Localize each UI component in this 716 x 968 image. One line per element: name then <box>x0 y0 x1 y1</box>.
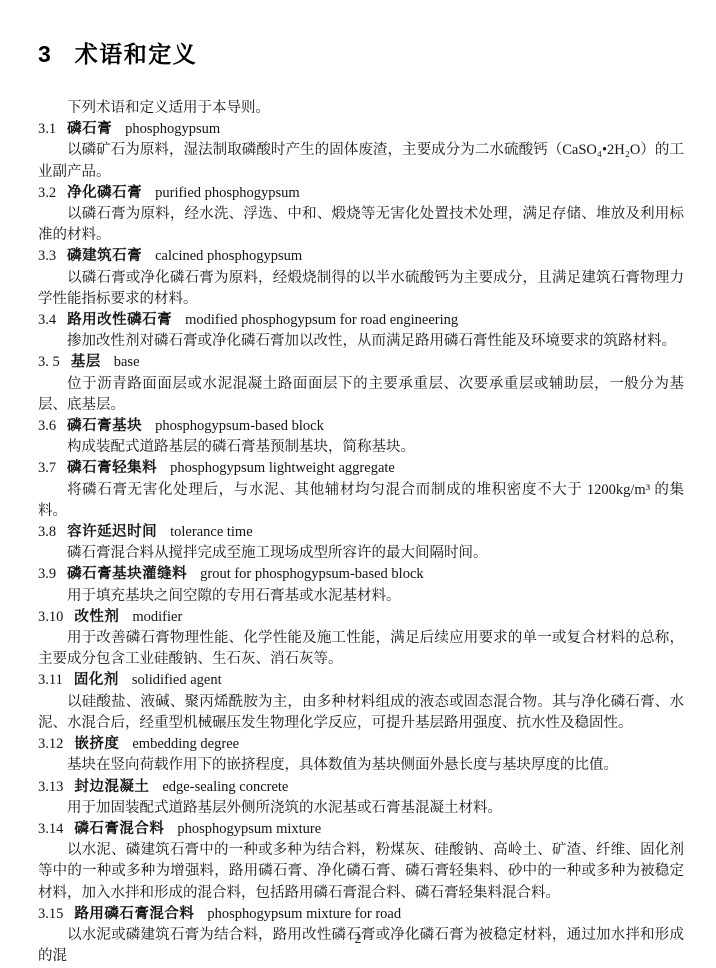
term-name-en: embedding degree <box>132 736 239 752</box>
term-number: 3.14 <box>38 821 63 837</box>
term-entry: 3.8容许延迟时间tolerance time 磷石膏混合料从搅拌完成至施工现场… <box>38 522 684 564</box>
term-name-zh: 磷石膏基块灌缝料 <box>67 566 187 582</box>
term-number: 3.12 <box>38 736 63 752</box>
term-number: 3.8 <box>38 524 56 540</box>
section-title: 3术语和定义 <box>38 40 684 68</box>
term-entry: 3.3磷建筑石膏calcined phosphogypsum 以磷石膏或净化磷石… <box>38 246 684 310</box>
term-definition: 以磷石膏或净化磷石膏为原料，经煅烧制得的以半水硫酸钙为主要成分，且满足建筑石膏物… <box>38 268 684 310</box>
term-name-en: tolerance time <box>170 524 253 540</box>
term-entry: 3.10改性剂modifier 用于改善磷石膏物理性能、化学性能及施工性能，满足… <box>38 607 684 671</box>
term-number: 3.4 <box>38 312 56 328</box>
term-entry: 3.9磷石膏基块灌缝料grout for phosphogypsum-based… <box>38 564 684 606</box>
term-heading: 3.10改性剂modifier <box>38 607 684 628</box>
term-number: 3.6 <box>38 418 56 434</box>
term-name-en: purified phosphogypsum <box>155 185 300 201</box>
intro-paragraph: 下列术语和定义适用于本导则。 <box>38 98 684 119</box>
term-heading: 3.8容许延迟时间tolerance time <box>38 522 684 543</box>
term-definition: 以硅酸盐、液碱、聚丙烯酰胺为主，由多种材料组成的液态或固态混合物。其与净化磷石膏… <box>38 692 684 734</box>
section-title-text: 术语和定义 <box>75 41 198 67</box>
term-heading: 3.2净化磷石膏purified phosphogypsum <box>38 183 684 204</box>
term-entry: 3.7磷石膏轻集料phosphogypsum lightweight aggre… <box>38 458 684 522</box>
term-name-en: grout for phosphogypsum-based block <box>200 566 424 582</box>
term-name-zh: 封边混凝土 <box>74 779 149 795</box>
term-number: 3.13 <box>38 779 63 795</box>
term-number: 3.11 <box>38 672 63 688</box>
term-name-en: edge-sealing concrete <box>162 779 288 795</box>
term-entry: 3.14磷石膏混合料phosphogypsum mixture 以水泥、磷建筑石… <box>38 819 684 904</box>
term-heading: 3.1磷石膏phosphogypsum <box>38 119 684 140</box>
term-definition: 以磷矿石为原料，湿法制取磷酸时产生的固体废渣，主要成分为二水硫酸钙（CaSO₄•… <box>38 140 684 182</box>
term-name-en: phosphogypsum lightweight aggregate <box>170 460 395 476</box>
term-entry: 3.2净化磷石膏purified phosphogypsum 以磷石膏为原料，经… <box>38 183 684 247</box>
term-number: 3.9 <box>38 566 56 582</box>
term-definition: 将磷石膏无害化处理后，与水泥、其他辅材均匀混合而制成的堆积密度不大于 1200k… <box>38 480 684 522</box>
term-number: 3.2 <box>38 185 56 201</box>
term-name-zh: 路用磷石膏混合料 <box>74 906 194 922</box>
term-name-zh: 基层 <box>71 354 101 370</box>
term-heading: 3.3磷建筑石膏calcined phosphogypsum <box>38 246 684 267</box>
term-number: 3.1 <box>38 121 56 137</box>
term-name-zh: 磷建筑石膏 <box>67 248 142 264</box>
term-definition: 以磷石膏为原料，经水洗、浮选、中和、煅烧等无害化处置技术处理，满足存储、堆放及利… <box>38 204 684 246</box>
term-heading: 3. 5基层base <box>38 352 684 373</box>
term-name-zh: 磷石膏轻集料 <box>67 460 157 476</box>
term-name-zh: 磷石膏混合料 <box>74 821 164 837</box>
term-definition: 用于改善磷石膏物理性能、化学性能及施工性能，满足后续应用要求的单一或复合材料的总… <box>38 628 684 670</box>
term-heading: 3.9磷石膏基块灌缝料grout for phosphogypsum-based… <box>38 564 684 585</box>
term-name-zh: 固化剂 <box>74 672 119 688</box>
term-name-zh: 嵌挤度 <box>74 736 119 752</box>
term-name-zh: 容许延迟时间 <box>67 524 157 540</box>
page-number: 2 <box>0 932 716 948</box>
term-heading: 3.7磷石膏轻集料phosphogypsum lightweight aggre… <box>38 458 684 479</box>
term-definition: 基块在竖向荷载作用下的嵌挤程度，具体数值为基块侧面外悬长度与基块厚度的比值。 <box>38 755 684 776</box>
term-heading: 3.14磷石膏混合料phosphogypsum mixture <box>38 819 684 840</box>
term-entry: 3.11固化剂solidified agent 以硅酸盐、液碱、聚丙烯酰胺为主，… <box>38 670 684 734</box>
term-definition: 位于沥青路面面层或水泥混凝土路面面层下的主要承重层、次要承重层或辅助层，一般分为… <box>38 374 684 416</box>
term-number: 3.15 <box>38 906 63 922</box>
term-name-en: base <box>114 354 140 370</box>
term-heading: 3.13封边混凝土edge-sealing concrete <box>38 777 684 798</box>
term-name-en: phosphogypsum <box>125 121 220 137</box>
term-definition: 以水泥、磷建筑石膏中的一种或多种为结合料，粉煤灰、硅酸钠、高岭土、矿渣、纤维、固… <box>38 840 684 904</box>
term-entry: 3.13封边混凝土edge-sealing concrete 用于加固装配式道路… <box>38 777 684 819</box>
term-entry: 3.4路用改性磷石膏modified phosphogypsum for roa… <box>38 310 684 352</box>
term-heading: 3.4路用改性磷石膏modified phosphogypsum for roa… <box>38 310 684 331</box>
term-name-zh: 路用改性磷石膏 <box>67 312 172 328</box>
term-number: 3.10 <box>38 609 63 625</box>
term-name-en: modified phosphogypsum for road engineer… <box>185 312 458 328</box>
term-name-en: phosphogypsum mixture <box>177 821 321 837</box>
term-number: 3.3 <box>38 248 56 264</box>
term-entry: 3.12嵌挤度embedding degree 基块在竖向荷载作用下的嵌挤程度，… <box>38 734 684 776</box>
term-name-zh: 改性剂 <box>74 609 119 625</box>
section-title-number: 3 <box>38 41 51 67</box>
document-page: 3术语和定义 下列术语和定义适用于本导则。 3.1磷石膏phosphogypsu… <box>0 0 716 968</box>
term-definition: 用于加固装配式道路基层外侧所浇筑的水泥基或石膏基混凝土材料。 <box>38 798 684 819</box>
term-name-zh: 磷石膏基块 <box>67 418 142 434</box>
term-name-en: calcined phosphogypsum <box>155 248 302 264</box>
term-definition: 掺加改性剂对磷石膏或净化磷石膏加以改性，从而满足路用磷石膏性能及环境要求的筑路材… <box>38 331 684 352</box>
term-name-en: solidified agent <box>132 672 222 688</box>
term-name-en: modifier <box>132 609 182 625</box>
term-number: 3. 5 <box>38 354 60 370</box>
term-definition: 用于填充基块之间空隙的专用石膏基或水泥基材料。 <box>38 586 684 607</box>
term-definition: 构成装配式道路基层的磷石膏基预制基块，简称基块。 <box>38 437 684 458</box>
term-heading: 3.6磷石膏基块phosphogypsum-based block <box>38 416 684 437</box>
term-name-zh: 净化磷石膏 <box>67 185 142 201</box>
term-name-zh: 磷石膏 <box>67 121 112 137</box>
term-entry: 3. 5基层base 位于沥青路面面层或水泥混凝土路面面层下的主要承重层、次要承… <box>38 352 684 416</box>
term-name-en: phosphogypsum-based block <box>155 418 324 434</box>
term-definition: 磷石膏混合料从搅拌完成至施工现场成型所容许的最大间隔时间。 <box>38 543 684 564</box>
term-heading: 3.12嵌挤度embedding degree <box>38 734 684 755</box>
term-entry: 3.1磷石膏phosphogypsum 以磷矿石为原料，湿法制取磷酸时产生的固体… <box>38 119 684 183</box>
term-name-en: phosphogypsum mixture for road <box>207 906 401 922</box>
term-number: 3.7 <box>38 460 56 476</box>
document-content: 下列术语和定义适用于本导则。 3.1磷石膏phosphogypsum 以磷矿石为… <box>38 98 684 967</box>
term-heading: 3.15路用磷石膏混合料phosphogypsum mixture for ro… <box>38 904 684 925</box>
term-entry: 3.6磷石膏基块phosphogypsum-based block 构成装配式道… <box>38 416 684 458</box>
term-heading: 3.11固化剂solidified agent <box>38 670 684 691</box>
